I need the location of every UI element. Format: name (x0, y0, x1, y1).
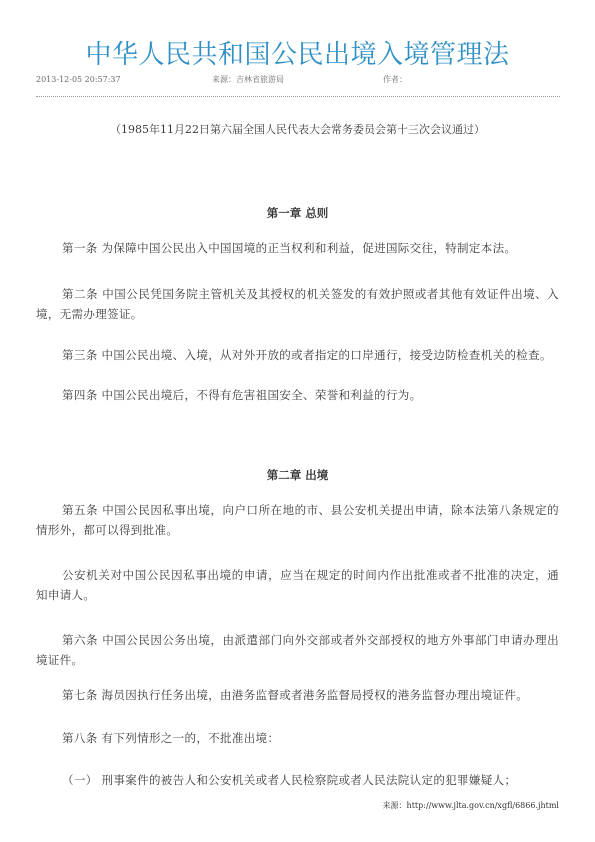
article-paragraph: 第二条 中国公民凭国务院主管机关及其授权的机关签发的有效护照或者其他有效证件出境… (36, 284, 559, 324)
source-label: 来源：吉林省旅游局 (212, 74, 284, 86)
article-paragraph: 第七条 海员因执行任务出境，由港务监督或者港务监督局授权的港务监督办理出境证件。 (36, 685, 559, 705)
document-page: 中华人民共和国公民出境入境管理法 2013-12-05 20:57:37 来源：… (0, 0, 595, 842)
article-paragraph: 第五条 中国公民因私事出境，向户口所在地的市、县公安机关提出申请，除本法第八条规… (36, 500, 559, 540)
chapter-heading: 第一章 总则 (0, 206, 595, 220)
author-label: 作者： (383, 74, 407, 86)
chapter-heading: 第二章 出境 (0, 468, 595, 482)
adoption-note: （1985年11月22日第六届全国人民代表大会常务委员会第十三次会议通过） (0, 123, 595, 137)
article-paragraph: 第六条 中国公民因公务出境，由派遣部门向外交部或者外交部授权的地方外事部门申请办… (36, 630, 559, 670)
publish-date: 2013-12-05 20:57:37 (36, 74, 121, 86)
article-paragraph: 第四条 中国公民出境后，不得有危害祖国安全、荣誉和利益的行为。 (36, 385, 559, 405)
document-title: 中华人民共和国公民出境入境管理法 (0, 40, 595, 70)
header-divider (36, 96, 560, 97)
article-paragraph: 第一条 为保障中国公民出入中国国境的正当权利和利益，促进国际交往，特制定本法。 (36, 238, 559, 258)
article-paragraph: 第三条 中国公民出境、入境，从对外开放的或者指定的口岸通行，接受边防检查机关的检… (36, 345, 559, 365)
article-paragraph: 公安机关对中国公民因私事出境的申请，应当在规定的时间内作出批准或者不批准的决定，… (36, 565, 559, 605)
source-url: 来源：http://www.jlta.gov.cn/xgfl/6866.jhtm… (383, 800, 559, 812)
article-paragraph: 第八条 有下列情形之一的，不批准出境： (36, 728, 559, 748)
list-item: （一） 刑事案件的被告人和公安机关或者人民检察院或者人民法院认定的犯罪嫌疑人； (36, 770, 559, 790)
